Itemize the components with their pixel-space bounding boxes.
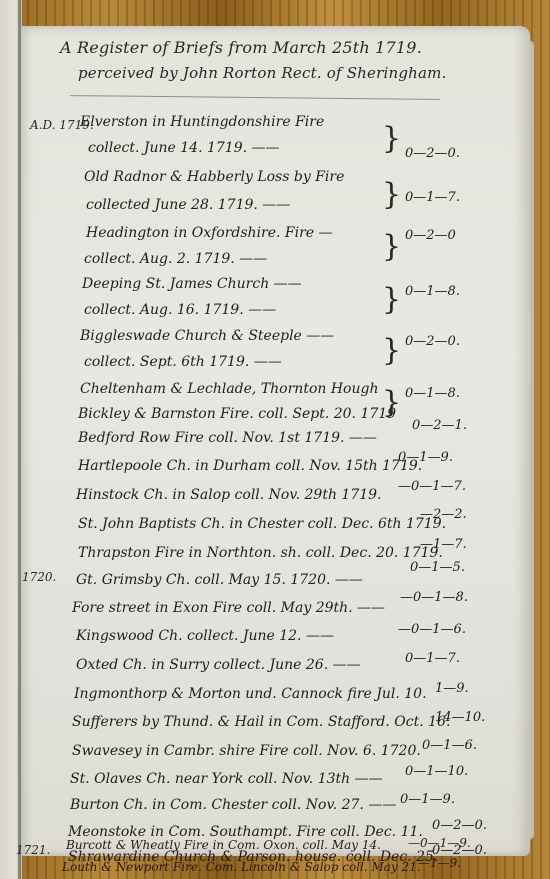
register-entry: St. John Baptists Ch. in Chester coll. D… [78,516,446,532]
entry-amount: —0—1—7. [398,479,466,494]
register-entry-continuation: Bickley & Barnston Fire. coll. Sept. 20.… [78,406,396,422]
register-entry: Fore street in Exon Fire coll. May 29th.… [72,600,385,616]
entry-amount: 0—1—6. [422,738,477,753]
register-entry: Headington in Oxfordshire. Fire — [86,225,333,241]
register-entry: Oxted Ch. in Surry collect. June 26. —— [76,657,361,673]
brace: } [382,124,401,154]
entry-amount: 0—1—5. [410,560,465,575]
entry-amount: 0—1—9. [400,792,455,807]
entry-amount: 14—10. [435,710,485,725]
entry-amount: 0—2—0. [405,334,460,349]
register-entry: Burton Ch. in Com. Chester coll. Nov. 27… [70,797,396,813]
register-entry: Sufferers by Thund. & Hail in Com. Staff… [72,714,450,730]
register-entry: Elverston in Huntingdonshire Fire [80,114,324,130]
document-title-line-2: perceived by John Rorton Rect. of Sherin… [78,64,447,82]
entry-amount: —2—2. [420,507,467,522]
register-entry: Bedford Row Fire coll. Nov. 1st 1719. —— [78,430,377,446]
entry-amount: 1—9. [435,681,469,696]
entry-amount: 0—1—8. [405,386,460,401]
register-entry-continuation: collected June 28. 1719. —— [86,197,290,213]
entry-amount: —1—9. [418,856,461,870]
entry-amount: 0—1—9. [398,450,453,465]
brace: } [382,180,401,210]
entry-amount: 0—1—7. [405,190,460,205]
register-entry: Gt. Grimsby Ch. coll. May 15. 1720. —— [76,572,363,588]
entry-amount: —1—7. [420,537,467,552]
entry-amount: —0—1—8. [400,590,468,605]
year-label-1721: 1721. [16,843,50,857]
register-entry-continuation: collect. Aug. 2. 1719. —— [84,251,267,267]
register-entry: Hartlepoole Ch. in Durham coll. Nov. 15t… [78,458,422,474]
register-entry: St. Olaves Ch. near York coll. Nov. 13th… [70,771,383,787]
year-label-1720: 1720. [22,570,56,584]
entry-amount: 0—2—0. [432,818,487,833]
register-entry: Swavesey in Cambr. shire Fire coll. Nov.… [72,743,421,759]
entry-amount: —0—1—6. [398,622,466,637]
entry-amount: —0—1—9. [408,836,471,850]
register-entry-continuation: collect. Aug. 16. 1719. —— [84,302,276,318]
register-entry: Kingswood Ch. collect. June 12. —— [76,628,334,644]
register-entry: Hinstock Ch. in Salop coll. Nov. 29th 17… [76,487,381,503]
register-entry: Cheltenham & Lechlade, Thornton Hough [80,381,378,397]
register-entry: Biggleswade Church & Steeple —— [80,328,334,344]
register-entry-continuation: collect. June 14. 1719. —— [88,140,280,156]
entry-amount: 0—2—0 [405,228,456,243]
entry-amount: 0—1—10. [405,764,468,779]
brace: } [382,232,401,262]
register-entry: Deeping St. James Church —— [82,276,302,292]
brace: } [382,388,401,418]
brace: } [382,336,401,366]
brace: } [382,285,401,315]
register-entry: Thrapston Fire in Northton. sh. coll. De… [78,545,443,561]
entry-amount: 0—1—8. [405,284,460,299]
register-entry: Old Radnor & Habberly Loss by Fire [84,169,344,185]
register-entry: Ingmonthorp & Morton und. Cannock fire J… [74,686,427,702]
register-entry: Louth & Newport Fire. Com. Lincoln & Sal… [62,860,421,874]
document-title-line-1: A Register of Briefs from March 25th 171… [60,38,422,57]
entry-amount: 0—2—0. [405,146,460,161]
register-entry-continuation: collect. Sept. 6th 1719. —— [84,354,282,370]
entry-amount: 0—2—1. [412,418,467,433]
book-gutter [18,0,21,879]
register-entry: Burcott & Wheatly Fire in Com. Oxon. col… [66,838,381,852]
entry-amount: 0—1—7. [405,651,460,666]
